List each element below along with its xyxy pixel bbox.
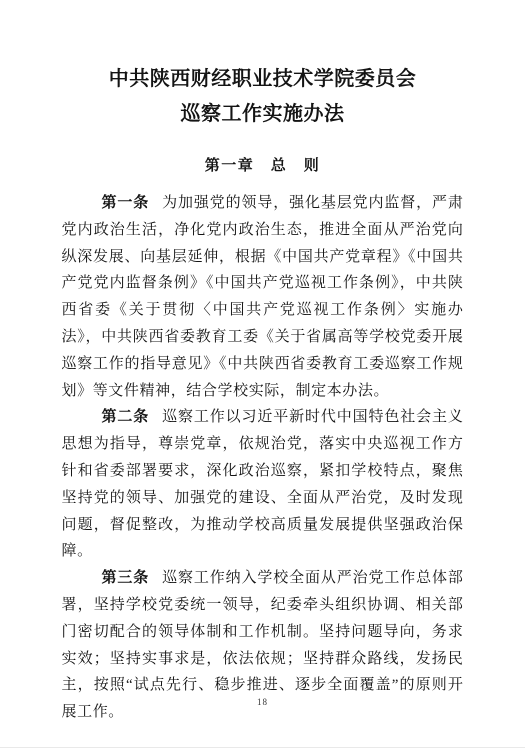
document-title-line-2: 巡察工作实施办法 [0,97,525,132]
document-page: 中共陕西财经职业技术学院委员会 巡察工作实施办法 第一章 总 则 第一条为加强党… [0,0,525,749]
article-label-2: 第二条 [102,409,150,425]
page-bottom-edge [0,747,525,748]
document-body: 第一条为加强党的领导，强化基层党内监督，严肃党内政治生活，净化党内政治生态，推进… [62,190,464,726]
article-paragraph-1: 第一条为加强党的领导，强化基层党内监督，严肃党内政治生活，净化党内政治生态，推进… [62,190,464,404]
document-title: 中共陕西财经职业技术学院委员会 巡察工作实施办法 [0,0,525,132]
article-label-3: 第三条 [102,570,150,586]
chapter-heading: 第一章 总 则 [0,154,525,175]
article-label-1: 第一条 [102,195,150,211]
document-title-line-1: 中共陕西财经职业技术学院委员会 [0,62,525,97]
article-text-2: 巡察工作以习近平新时代中国特色社会主义思想为指导，尊崇党章，依规治党，落实中央巡… [62,409,464,559]
article-paragraph-2: 第二条巡察工作以习近平新时代中国特色社会主义思想为指导，尊崇党章，依规治党，落实… [62,404,464,565]
article-text-1: 为加强党的领导，强化基层党内监督，严肃党内政治生活，净化党内政治生态，推进全面从… [62,195,464,399]
page-number: 18 [0,697,525,707]
